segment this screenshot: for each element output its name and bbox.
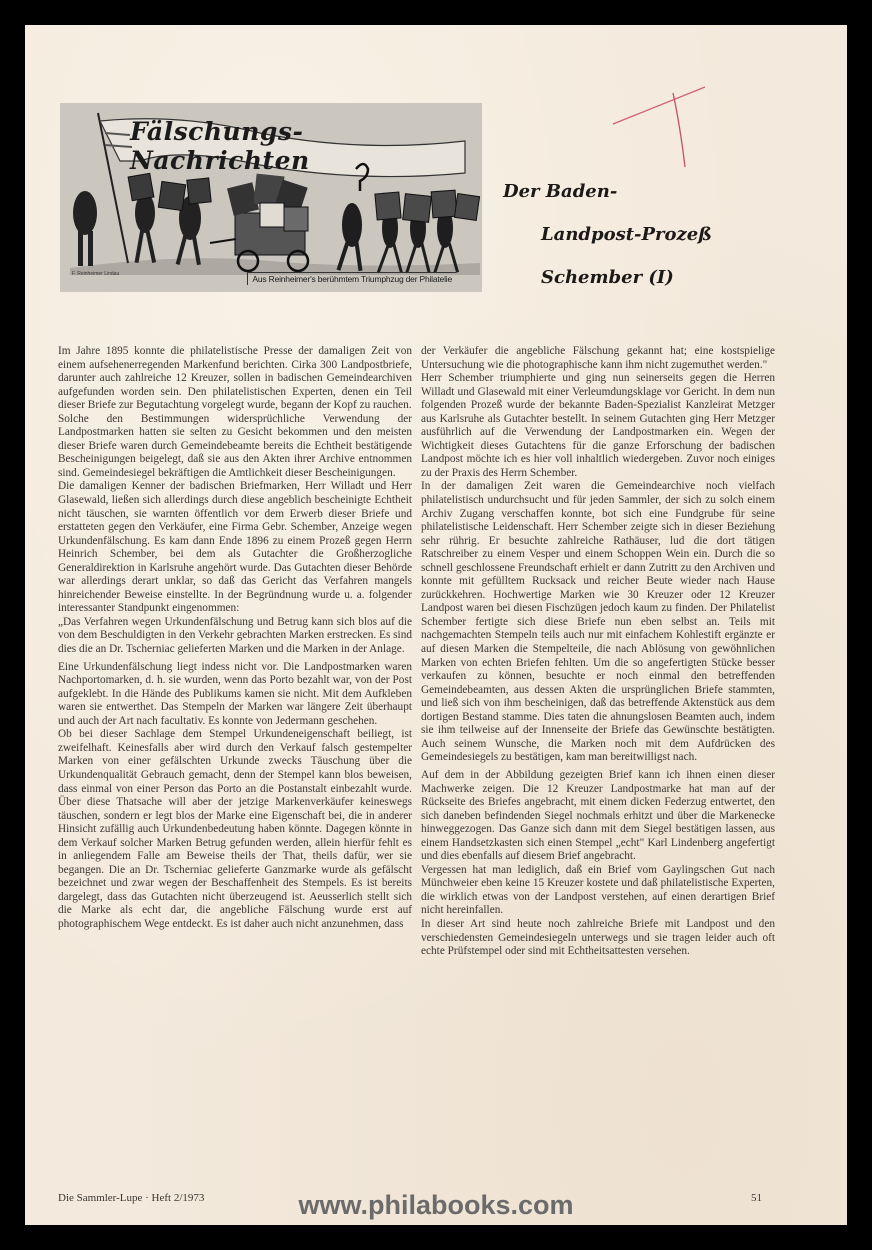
quote-paragraph: Ob bei dieser Sachlage dem Stempel Urkun…	[58, 728, 412, 931]
quote-paragraph: der Verkäufer die angebliche Fälschung g…	[421, 345, 775, 372]
paragraph: In der damaligen Zeit waren die Gemeinde…	[421, 480, 775, 764]
header-illustration: Fälschungs-Nachrichten F. Reinheimer Lin…	[60, 103, 482, 292]
article-column-right: der Verkäufer die angebliche Fälschung g…	[421, 345, 775, 959]
article-title: Der Baden- Landpost-Prozeß Schember (I)	[503, 170, 712, 299]
article-column-left: Im Jahre 1895 konnte die philatelistisch…	[58, 345, 412, 932]
paragraph: Vergessen hat man lediglich, daß ein Bri…	[421, 864, 775, 918]
title-line-2: Landpost-Prozeß	[541, 213, 712, 256]
banner-caption: Aus Reinheimer's berühmtem Triumphzug de…	[247, 272, 456, 285]
quote-paragraph: „Das Verfahren wegen Urkundenfälschung u…	[58, 616, 412, 657]
paragraph: Die damaligen Kenner der badischen Brief…	[58, 480, 412, 615]
title-line-1: Der Baden-	[503, 170, 712, 213]
banner-flag-text: Fälschungs-Nachrichten	[130, 117, 482, 175]
paragraph: Im Jahre 1895 konnte die philatelistisch…	[58, 345, 412, 413]
paragraph: Solche den Bestimmungen widersprüchliche…	[58, 413, 412, 481]
illustrator-signature: F. Reinheimer Lindau	[72, 271, 119, 277]
paragraph: Herr Schember triumphierte und ging nun …	[421, 372, 775, 480]
website-watermark: www.philabooks.com	[0, 1190, 872, 1221]
magazine-page: Fälschungs-Nachrichten F. Reinheimer Lin…	[25, 25, 847, 1225]
paragraph: Auf dem in der Abbildung gezeigten Brief…	[421, 769, 775, 864]
title-line-3: Schember (I)	[541, 256, 712, 299]
quote-paragraph: Eine Urkundenfälschung liegt indess nich…	[58, 661, 412, 729]
paragraph: In dieser Art sind heute noch zahlreiche…	[421, 918, 775, 959]
